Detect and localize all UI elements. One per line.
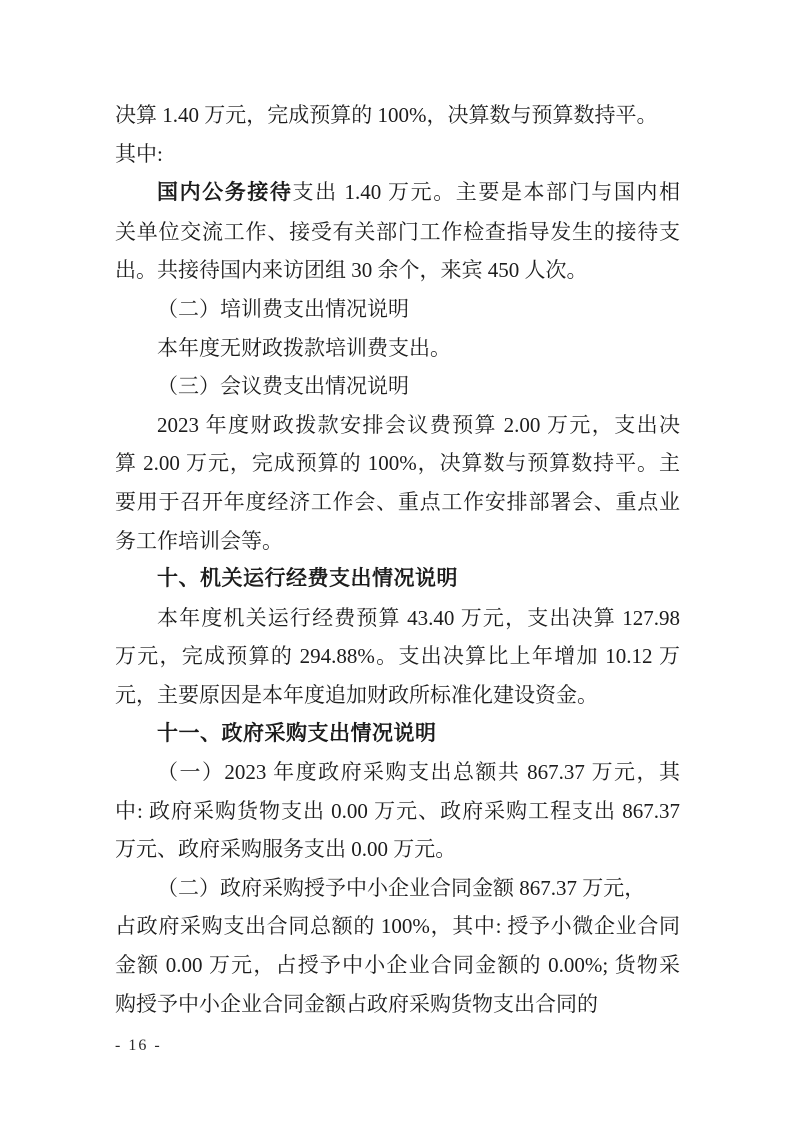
text-line: 要用于召开年度经济工作会、重点工作安排部署会、重点业 xyxy=(115,483,680,522)
text-line: 占政府采购支出合同总额的 100%，其中: 授予小微企业合同 xyxy=(115,907,680,946)
text-line: 算 2.00 万元，完成预算的 100%，决算数与预算数持平。主 xyxy=(115,444,680,483)
text-run: 支出 1.40 万元。主要是本部门与国内相 xyxy=(292,180,680,204)
text-line: 万元、政府采购服务支出 0.00 万元。 xyxy=(115,830,680,869)
document-body: 决算 1.40 万元，完成预算的 100%，决算数与预算数持平。 其中: 国内公… xyxy=(115,96,680,1023)
text-line: 本年度无财政拨款培训费支出。 xyxy=(115,329,680,368)
text-line: 国内公务接待支出 1.40 万元。主要是本部门与国内相 xyxy=(115,173,680,213)
text-line: 决算 1.40 万元，完成预算的 100%，决算数与预算数持平。 xyxy=(115,96,680,135)
subsection-title: （三）会议费支出情况说明 xyxy=(115,367,680,406)
text-line: 本年度机关运行经费预算 43.40 万元，支出决算 127.98 xyxy=(115,599,680,638)
text-line: 务工作培训会等。 xyxy=(115,522,680,561)
text-line: 元，主要原因是本年度追加财政所标准化建设资金。 xyxy=(115,676,680,715)
document-page: 决算 1.40 万元，完成预算的 100%，决算数与预算数持平。 其中: 国内公… xyxy=(0,0,793,1122)
section-heading: 十一、政府采购支出情况说明 xyxy=(115,715,680,754)
text-line: 其中: xyxy=(115,135,680,174)
text-line: （二）政府采购授予中小企业合同金额 867.37 万元， xyxy=(115,869,680,908)
text-line: 万元，完成预算的 294.88%。支出决算比上年增加 10.12 万 xyxy=(115,637,680,676)
text-line: 关单位交流工作、接受有关部门工作检查指导发生的接待支 xyxy=(115,213,680,252)
text-line: 金额 0.00 万元，占授予中小企业合同金额的 0.00%; 货物采 xyxy=(115,946,680,985)
section-heading: 十、机关运行经费支出情况说明 xyxy=(115,560,680,599)
bold-run-domestic-reception: 国内公务接待 xyxy=(157,181,292,204)
text-line: （一）2023 年度政府采购支出总额共 867.37 万元，其 xyxy=(115,753,680,792)
text-line: 2023 年度财政拨款安排会议费预算 2.00 万元，支出决 xyxy=(115,406,680,445)
page-number: - 16 - xyxy=(115,1036,162,1056)
text-line: 出。共接待国内来访团组 30 余个，来宾 450 人次。 xyxy=(115,251,680,290)
subsection-title: （二）培训费支出情况说明 xyxy=(115,290,680,329)
text-line: 购授予中小企业合同金额占政府采购货物支出合同的 xyxy=(115,985,680,1024)
text-line: 中: 政府采购货物支出 0.00 万元、政府采购工程支出 867.37 xyxy=(115,792,680,831)
